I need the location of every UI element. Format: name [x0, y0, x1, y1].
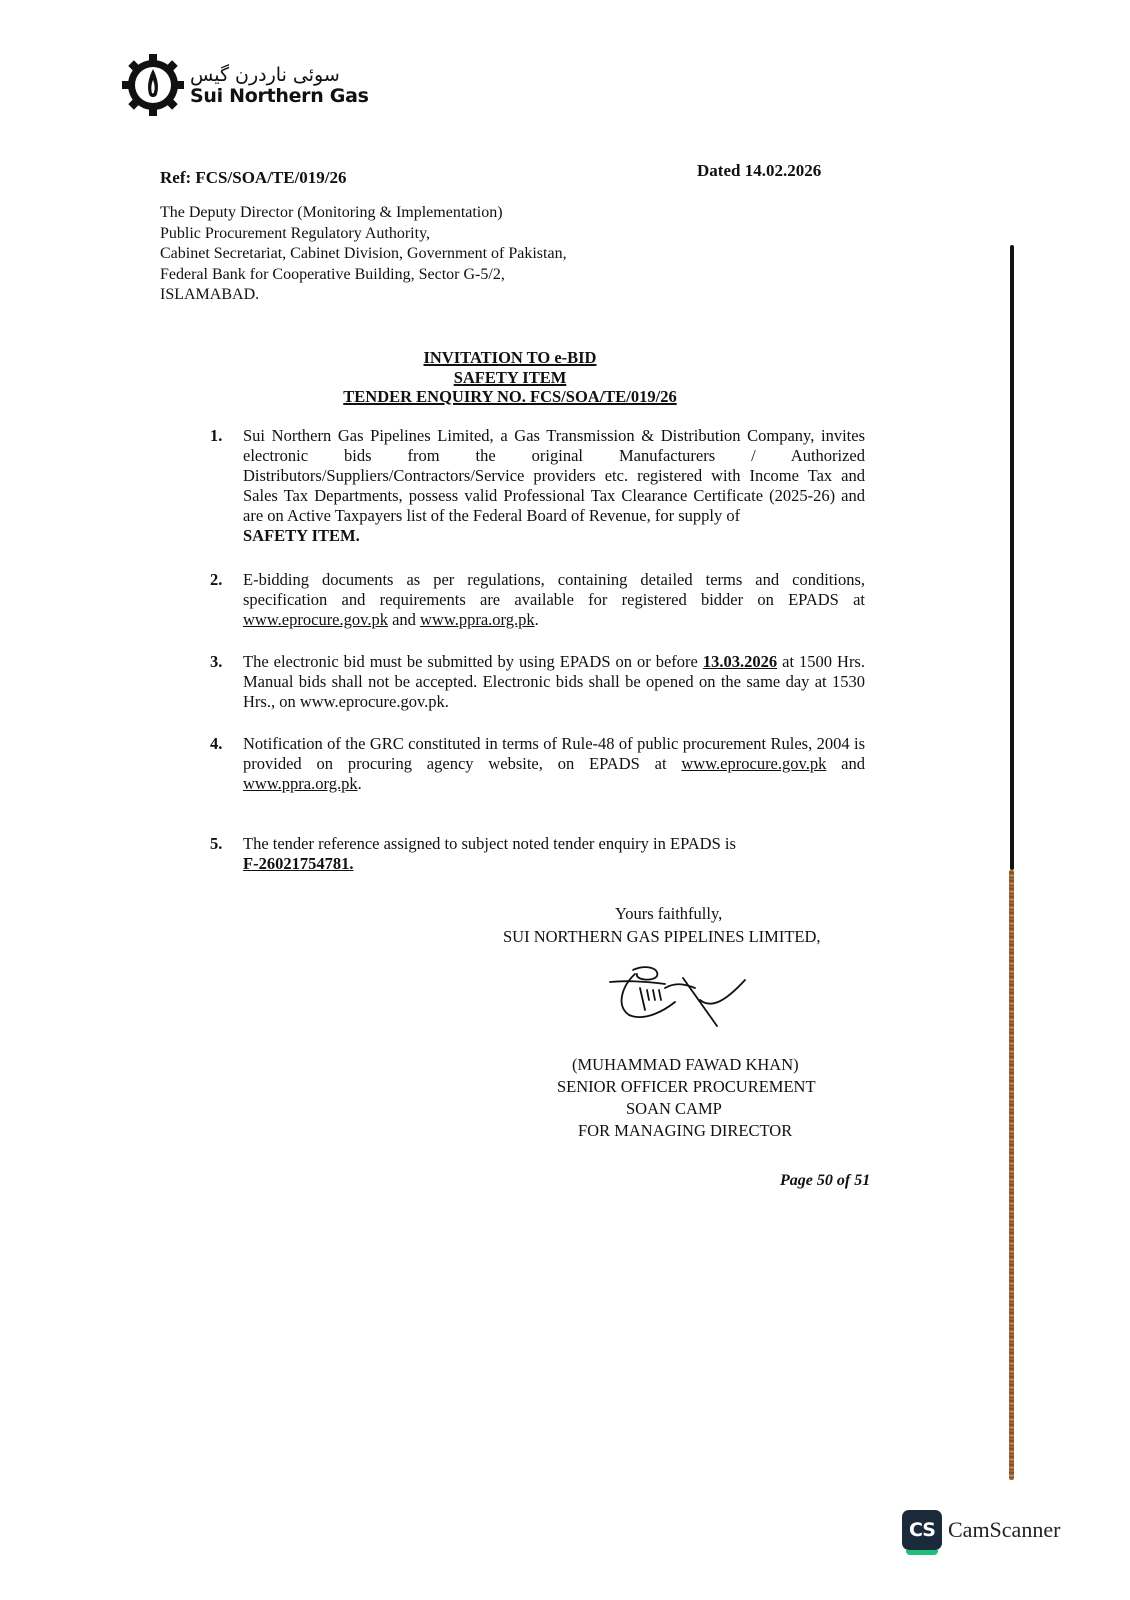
ppra-link[interactable]: www.ppra.org.pk: [243, 774, 358, 793]
scan-edge-wood: [1009, 870, 1014, 1480]
gear-flame-icon: [120, 52, 186, 118]
bid-deadline-date: 13.03.2026: [703, 652, 777, 671]
clause-item-name: SAFETY ITEM.: [243, 526, 865, 546]
faint-bleedthrough-logo: [720, 55, 920, 115]
logo-english-text: Sui Northern Gas: [190, 86, 369, 106]
camscanner-logo-icon: CS: [902, 1510, 942, 1550]
heading-tender-enquiry: TENDER ENQUIRY NO. FCS/SOA/TE/019/26: [343, 387, 676, 406]
numbered-clauses: 1. Sui Northern Gas Pipelines Limited, a…: [210, 426, 865, 874]
epads-tender-reference: F-26021754781.: [243, 854, 865, 874]
ppra-link[interactable]: www.ppra.org.pk: [420, 610, 535, 629]
address-line: ISLAMABAD.: [160, 285, 567, 306]
signatory-on-behalf: FOR MANAGING DIRECTOR: [578, 1120, 792, 1141]
eprocure-link[interactable]: www.eprocure.gov.pk: [243, 610, 388, 629]
closing-salutation: Yours faithfully,: [615, 903, 722, 924]
signatory-designation: SENIOR OFFICER PROCUREMENT: [557, 1076, 816, 1097]
camscanner-label: CamScanner: [948, 1517, 1060, 1543]
logo-urdu-text: سوئی ناردرن گیس: [190, 64, 369, 86]
eprocure-link[interactable]: www.eprocure.gov.pk: [681, 754, 826, 773]
clause-text: The electronic bid must be submitted by …: [243, 652, 703, 671]
closing-company: SUI NORTHERN GAS PIPELINES LIMITED,: [503, 926, 821, 947]
clause-3: 3. The electronic bid must be submitted …: [210, 652, 865, 712]
letter-date: Dated 14.02.2026: [697, 161, 821, 181]
clause-number: 1.: [210, 426, 222, 446]
clause-number: 3.: [210, 652, 222, 672]
clause-text: E-bidding documents as per regulations, …: [243, 570, 865, 609]
address-line: Public Procurement Regulatory Authority,: [160, 224, 567, 245]
clause-5: 5. The tender reference assigned to subj…: [210, 834, 865, 874]
clause-2: 2. E-bidding documents as per regulation…: [210, 570, 865, 630]
recipient-address: The Deputy Director (Monitoring & Implem…: [160, 203, 567, 306]
company-logo: سوئی ناردرن گیس Sui Northern Gas: [120, 52, 369, 118]
clause-text: Sui Northern Gas Pipelines Limited, a Ga…: [243, 426, 865, 526]
scan-edge-dark: [1010, 245, 1014, 870]
clause-number: 4.: [210, 734, 222, 754]
heading-invitation: INVITATION TO e-BID: [424, 348, 597, 367]
clause-text: The tender reference assigned to subject…: [243, 834, 865, 854]
heading-item: SAFETY ITEM: [454, 368, 567, 387]
address-line: Cabinet Secretariat, Cabinet Division, G…: [160, 244, 567, 265]
signatory-location: SOAN CAMP: [626, 1098, 722, 1119]
signature-image: [605, 960, 755, 1030]
address-line: The Deputy Director (Monitoring & Implem…: [160, 203, 567, 224]
signatory-name: (MUHAMMAD FAWAD KHAN): [572, 1054, 799, 1075]
camscanner-watermark: CS CamScanner: [902, 1510, 1060, 1550]
page-number: Page 50 of 51: [780, 1172, 870, 1190]
clause-number: 5.: [210, 834, 222, 854]
subject-headings: INVITATION TO e-BID SAFETY ITEM TENDER E…: [300, 348, 720, 407]
clause-4: 4. Notification of the GRC constituted i…: [210, 734, 865, 794]
clause-1: 1. Sui Northern Gas Pipelines Limited, a…: [210, 426, 865, 546]
clause-number: 2.: [210, 570, 222, 590]
reference-number: Ref: FCS/SOA/TE/019/26: [160, 168, 347, 188]
address-line: Federal Bank for Cooperative Building, S…: [160, 265, 567, 286]
